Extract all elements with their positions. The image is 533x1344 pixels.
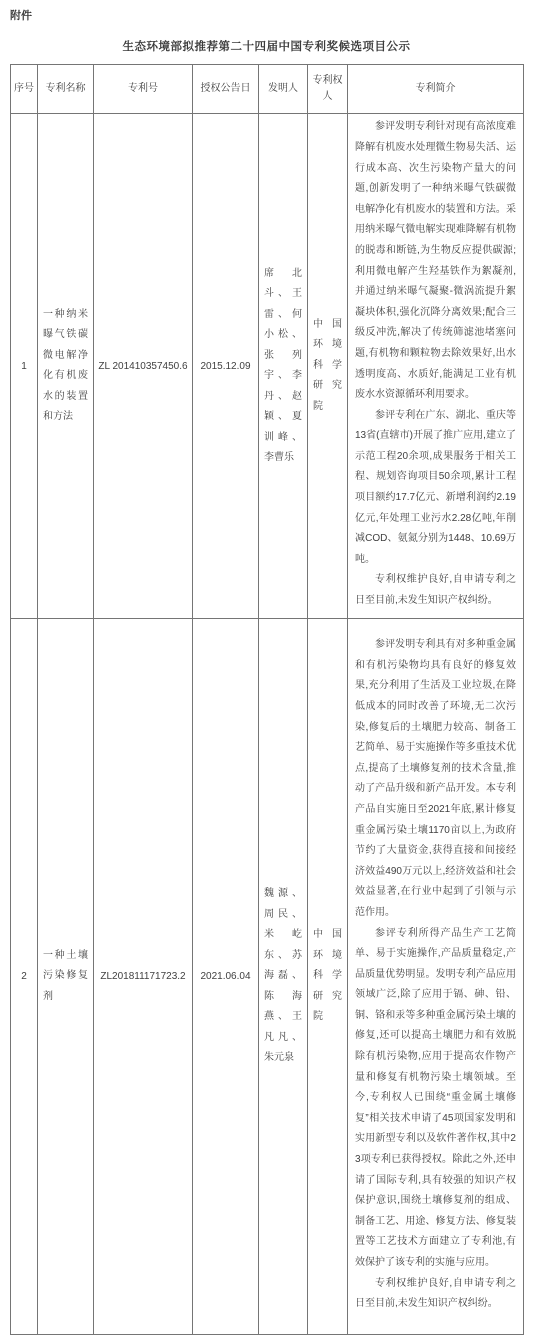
table-header-row: 序号 专利名称 专利号 授权公告日 发明人 专利权人 专利简介 — [11, 65, 524, 114]
summary-paragraph: 参评发明专利具有对多种重金属和有机污染物均具有良好的修复效果,充分利用了生活及工… — [355, 635, 516, 923]
page-title: 生态环境部拟推荐第二十四届中国专利奖候选项目公示 — [0, 0, 533, 54]
cell-summary: 参评发明专利具有对多种重金属和有机污染物均具有良好的修复效果,充分利用了生活及工… — [348, 619, 524, 1335]
cell-summary: 参评发明专利针对现有高浓度难降解有机废水处理微生物易失活、运行成本高、次生污染物… — [348, 114, 524, 619]
cell-patent-number: ZL201811171723.2 — [94, 619, 193, 1335]
header-cell-inventors: 发明人 — [259, 65, 308, 114]
header-cell-grant-date: 授权公告日 — [193, 65, 259, 114]
cell-inventors: 席北斗、王雷、何小松、张列宇、李丹、赵颖、夏训峰、李曹乐 — [259, 114, 308, 619]
table-row: 1 一种纳米曝气铁碳微电解净化有机废水的装置和方法 ZL 20141035745… — [11, 114, 524, 619]
header-cell-index: 序号 — [11, 65, 38, 114]
cell-index: 2 — [11, 619, 38, 1335]
summary-paragraph: 专利权维护良好,自申请专利之日至目前,未发生知识产权纠纷。 — [355, 1274, 516, 1315]
cell-patent-name: 一种土壤污染修复剂 — [38, 619, 94, 1335]
patents-table: 序号 专利名称 专利号 授权公告日 发明人 专利权人 专利简介 1 一种纳米曝气… — [10, 64, 524, 1335]
header-cell-assignee: 专利权人 — [308, 65, 348, 114]
cell-assignee: 中国环境科学研究院 — [308, 619, 348, 1335]
summary-paragraph: 参评发明专利针对现有高浓度难降解有机废水处理微生物易失活、运行成本高、次生污染物… — [355, 117, 516, 405]
table-row: 2 一种土壤污染修复剂 ZL201811171723.2 2021.06.04 … — [11, 619, 524, 1335]
summary-paragraph: 参评专利在广东、湖北、重庆等13省(直辖市)开展了推广应用,建立了示范工程20余… — [355, 406, 516, 571]
header-cell-patent-name: 专利名称 — [38, 65, 94, 114]
cell-grant-date: 2021.06.04 — [193, 619, 259, 1335]
header-cell-patent-number: 专利号 — [94, 65, 193, 114]
cell-inventors: 魏源、周民、米屹东、苏海磊、陈海燕、王凡凡、朱元泉 — [259, 619, 308, 1335]
cell-patent-number: ZL 201410357450.6 — [94, 114, 193, 619]
attachment-label: 附件 — [10, 7, 32, 23]
cell-index: 1 — [11, 114, 38, 619]
cell-grant-date: 2015.12.09 — [193, 114, 259, 619]
cell-assignee: 中国环境科学研究院 — [308, 114, 348, 619]
summary-paragraph: 专利权维护良好,自申请专利之日至目前,未发生知识产权纠纷。 — [355, 570, 516, 611]
summary-paragraph: 参评专利所得产品生产工艺简单、易于实施操作,产品质量稳定,产品质量优势明显。发明… — [355, 924, 516, 1274]
header-cell-summary: 专利简介 — [348, 65, 524, 114]
cell-patent-name: 一种纳米曝气铁碳微电解净化有机废水的装置和方法 — [38, 114, 94, 619]
